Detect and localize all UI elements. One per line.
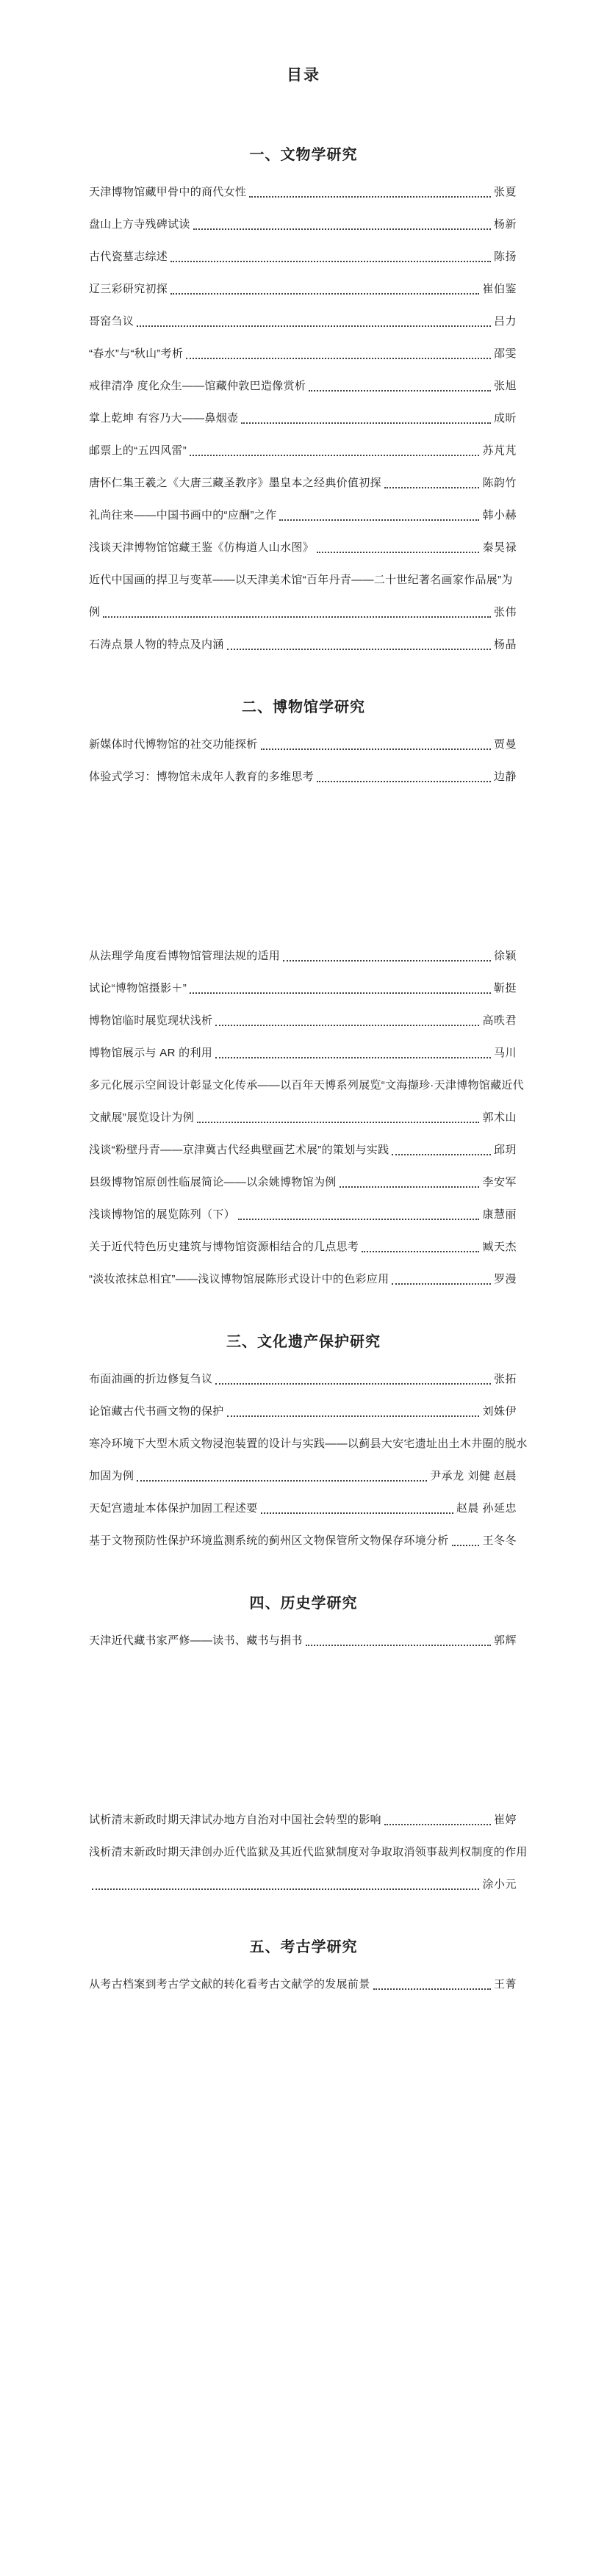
toc-entry: 博物馆展示与 AR 的利用马川 [89,1037,518,1069]
toc-entry: 礼尚往来——中国书画中的“应酬”之作韩小赫 [89,499,518,532]
entry-author: 陈扬 [494,241,518,273]
entry-title: 试论“博物馆摄影＋” [89,973,187,1005]
dot-leader [190,455,479,456]
dot-leader [317,781,491,782]
dot-leader [170,261,491,262]
toc-entry: 布面油画的折边修复刍议张拓 [89,1363,518,1396]
entry-author: 崔婷 [494,1804,518,1836]
toc-entry: 关于近代特色历史建筑与博物馆资源相结合的几点思考臧天杰 [89,1231,518,1263]
toc-entry: 县级博物馆原创性临展简论——以余姚博物馆为例李安军 [89,1166,518,1199]
entry-title: 多元化展示空间设计彰显文化传承——以百年天博系列展览“文海撷珍·天津博物馆藏近代 [89,1069,524,1102]
entry-author: 苏芃芃 [482,435,518,467]
entry-author: 边静 [494,761,518,793]
dot-leader [186,358,491,359]
entry-title: 博物馆临时展览现状浅析 [89,1005,212,1037]
toc-entry: 例张伟 [89,596,518,629]
entry-author: 高昳君 [482,1005,518,1037]
entry-author: 张夏 [494,176,518,209]
entry-author: 徐颖 [494,940,518,973]
toc-entry: 古代瓷墓志综述陈扬 [89,241,518,273]
toc-entry: 试析清末新政时期天津试办地方自治对中国社会转型的影响崔婷 [89,1804,518,1836]
toc-entry: 哥窑刍议吕力 [89,306,518,338]
entry-title: 古代瓷墓志综述 [89,241,168,273]
dot-leader [279,519,479,521]
dot-leader [197,1122,479,1123]
dot-leader [452,1545,480,1546]
toc-entry: 加固为例尹承龙 刘健 赵晨 [89,1460,518,1493]
entry-title: 天津博物馆藏甲骨中的商代女性 [89,176,246,209]
toc-entry: 从考古档案到考古学文献的转化看考古文献学的发展前景王菁 [89,1969,518,2001]
toc-entry: 掌上乾坤 有容乃大——鼻烟壶成昕 [89,403,518,435]
toc-entry: 石涛点景人物的特点及内涵杨晶 [89,629,518,661]
entry-title: 试析清末新政时期天津试办地方自治对中国社会转型的影响 [89,1804,381,1836]
entry-author: 尹承龙 刘健 赵晨 [430,1460,518,1493]
toc-section: 三、文化遗产保护研究布面油画的折边修复刍议张拓论馆藏古代书画文物的保护刘姝伊寒冷… [89,1331,518,1557]
entry-title: 石涛点景人物的特点及内涵 [89,629,224,661]
dot-leader [283,960,491,962]
section-heading: 一、文物学研究 [89,144,518,166]
entry-title: 戒律清净 度化众生——馆藏仲敦巴造像赏析 [89,370,306,403]
entry-author: 杨晶 [494,629,518,661]
toc-entry: 天津近代藏书家严修——读书、藏书与捐书郭辉 [89,1625,518,1657]
entry-title: 加固为例 [89,1460,134,1493]
entry-author: 康慧丽 [482,1199,518,1231]
entry-title: 浅谈天津博物馆馆藏王鉴《仿梅道人山水图》 [89,532,314,564]
dot-leader [306,1645,491,1646]
entry-author: 邵雯 [494,338,518,370]
entry-author: 韩小赫 [482,499,518,532]
section-heading: 二、博物馆学研究 [89,696,518,718]
entry-title: 掌上乾坤 有容乃大——鼻烟壶 [89,403,238,435]
entry-title: 关于近代特色历史建筑与博物馆资源相结合的几点思考 [89,1231,359,1263]
toc-entry: “春水”与“秋山”考析邵雯 [89,338,518,370]
entry-title: 近代中国画的捍卫与变革——以天津美术馆“百年丹青——二十世纪著名画家作品展”为 [89,564,513,596]
entry-title: 浅谈博物馆的展览陈列（下） [89,1199,235,1231]
toc-page: 目录 一、文物学研究天津博物馆藏甲骨中的商代女性张夏盘山上方寺残碑试读杨新古代瓷… [0,0,607,2576]
entry-title: 例 [89,596,100,629]
dot-leader [261,748,491,750]
entry-title: 文献展”展览设计为例 [89,1102,194,1134]
page-title: 目录 [89,65,518,87]
entry-author: 张拓 [494,1363,518,1396]
section-heading: 三、文化遗产保护研究 [89,1331,518,1353]
toc-entry: 辽三彩研究初探崔伯鉴 [89,273,518,306]
entry-title: 新媒体时代博物馆的社交功能探析 [89,729,258,761]
entry-author: 郭辉 [494,1625,518,1657]
entry-author: 李安军 [482,1166,518,1199]
entry-author: 贾曼 [494,729,518,761]
entry-author: 张旭 [494,370,518,403]
toc-entry: 近代中国画的捍卫与变革——以天津美术馆“百年丹青——二十世纪著名画家作品展”为 [89,564,518,596]
entry-author: 陈韵竹 [482,467,518,499]
entry-author: 郭术山 [482,1102,518,1134]
dot-leader [170,293,479,295]
entry-author: 赵晨 孙延忠 [456,1493,518,1525]
toc-entry: 戒律清净 度化众生——馆藏仲敦巴造像赏析张旭 [89,370,518,403]
toc-entry: 基于文物预防性保护环境监测系统的蓟州区文物保管所文物保存环境分析王冬冬 [89,1525,518,1557]
dot-leader [392,1154,491,1155]
entry-author: 马川 [494,1037,518,1069]
dot-leader [215,1383,491,1385]
entry-title: 从考古档案到考古学文献的转化看考古文献学的发展前景 [89,1969,370,2001]
entry-title: 县级博物馆原创性临展简论——以余姚博物馆为例 [89,1166,337,1199]
dot-leader [190,992,491,994]
entry-title: 天妃宫遗址本体保护加固工程述要 [89,1493,258,1525]
entry-title: 天津近代藏书家严修——读书、藏书与捐书 [89,1625,303,1657]
toc-entry: 寒冷环境下大型木质文物浸泡装置的设计与实践——以蓟县大安宅遗址出土木井圈的脱水 [89,1428,518,1460]
dot-leader [137,325,491,327]
toc-entry: 浅析清末新政时期天津创办近代监狱及其近代监狱制度对争取取消领事裁判权制度的作用 [89,1836,518,1869]
entry-title: 浅谈“粉壁丹青——京津冀古代经典壁画艺术展”的策划与实践 [89,1134,389,1166]
toc-entry: 博物馆临时展览现状浅析高昳君 [89,1005,518,1037]
entry-title: 邮票上的“五四风雷” [89,435,187,467]
entry-title: 哥窑刍议 [89,306,134,338]
dot-leader [227,649,491,650]
entry-title: 盘山上方寺残碑试读 [89,209,190,241]
entry-title: 辽三彩研究初探 [89,273,168,306]
toc-sections: 一、文物学研究天津博物馆藏甲骨中的商代女性张夏盘山上方寺残碑试读杨新古代瓷墓志综… [89,109,518,2001]
dot-leader [373,1988,491,1990]
entry-author: 臧天杰 [482,1231,518,1263]
entry-author: 杨新 [494,209,518,241]
entry-author: 张伟 [494,596,518,629]
toc-section: 四、历史学研究天津近代藏书家严修——读书、藏书与捐书郭辉试析清末新政时期天津试办… [89,1592,518,1901]
dot-leader [215,1057,491,1058]
entry-author: 王菁 [494,1969,518,2001]
dot-leader [384,487,480,488]
entry-author: 吕力 [494,306,518,338]
toc-entry: 文献展”展览设计为例郭术山 [89,1102,518,1134]
toc-entry: 从法理学角度看博物馆管理法规的适用徐颖 [89,940,518,973]
entry-title: 浅析清末新政时期天津创办近代监狱及其近代监狱制度对争取取消领事裁判权制度的作用 [89,1836,528,1869]
dot-leader [392,1283,491,1285]
entry-title: 基于文物预防性保护环境监测系统的蓟州区文物保管所文物保存环境分析 [89,1525,449,1557]
toc-entry: 天妃宫遗址本体保护加固工程述要赵晨 孙延忠 [89,1493,518,1525]
dot-leader [309,390,491,392]
entry-title: “春水”与“秋山”考析 [89,338,183,370]
entry-author: 王冬冬 [482,1525,518,1557]
dot-leader [362,1251,479,1252]
entry-author: 成昕 [494,403,518,435]
entry-author: 靳挺 [494,973,518,1005]
dot-leader [241,422,491,424]
toc-entry: 唐怀仁集王羲之《大唐三藏圣教序》墨皇本之经典价值初探陈韵竹 [89,467,518,499]
entry-author: 秦昊禄 [482,532,518,564]
toc-entry: 盘山上方寺残碑试读杨新 [89,209,518,241]
toc-entry: 浅谈天津博物馆馆藏王鉴《仿梅道人山水图》秦昊禄 [89,532,518,564]
dot-leader [103,616,491,618]
toc-entry: 试论“博物馆摄影＋”靳挺 [89,973,518,1005]
entry-author: 刘姝伊 [482,1396,518,1428]
dot-leader [340,1186,480,1188]
dot-leader [384,1824,491,1825]
toc-entry: 邮票上的“五四风雷”苏芃芃 [89,435,518,467]
dot-leader [92,1888,479,1890]
dot-leader [317,552,479,553]
entry-author: 罗漫 [494,1263,518,1296]
entry-title: 从法理学角度看博物馆管理法规的适用 [89,940,280,973]
toc-entry: 浅谈“粉壁丹青——京津冀古代经典壁画艺术展”的策划与实践邱玥 [89,1134,518,1166]
dot-leader [238,1219,480,1220]
toc-entry: 涂小元 [89,1869,518,1901]
toc-section: 五、考古学研究从考古档案到考古学文献的转化看考古文献学的发展前景王菁 [89,1936,518,2001]
toc-section: 一、文物学研究天津博物馆藏甲骨中的商代女性张夏盘山上方寺残碑试读杨新古代瓷墓志综… [89,144,518,661]
entry-title: 礼尚往来——中国书画中的“应酬”之作 [89,499,276,532]
toc-entry: “淡妆浓抹总相宜”——浅议博物馆展陈形式设计中的色彩应用罗漫 [89,1263,518,1296]
entry-title: 体验式学习：博物馆未成年人教育的多维思考 [89,761,314,793]
dot-leader [137,1480,427,1482]
page-break-gap [89,1657,518,1804]
section-heading: 五、考古学研究 [89,1936,518,1958]
toc-entry: 体验式学习：博物馆未成年人教育的多维思考边静 [89,761,518,793]
entry-title: 寒冷环境下大型木质文物浸泡装置的设计与实践——以蓟县大安宅遗址出土木井圈的脱水 [89,1428,528,1460]
entry-title: 论馆藏古代书画文物的保护 [89,1396,224,1428]
entry-title: 唐怀仁集王羲之《大唐三藏圣教序》墨皇本之经典价值初探 [89,467,381,499]
section-heading: 四、历史学研究 [89,1592,518,1614]
toc-entry: 浅谈博物馆的展览陈列（下）康慧丽 [89,1199,518,1231]
toc-entry: 论馆藏古代书画文物的保护刘姝伊 [89,1396,518,1428]
entry-title: “淡妆浓抹总相宜”——浅议博物馆展陈形式设计中的色彩应用 [89,1263,389,1296]
toc-entry: 天津博物馆藏甲骨中的商代女性张夏 [89,176,518,209]
toc-entry: 多元化展示空间设计彰显文化传承——以百年天博系列展览“文海撷珍·天津博物馆藏近代 [89,1069,518,1102]
entry-author: 涂小元 [482,1869,518,1901]
page-break-gap [89,793,518,940]
entry-title: 博物馆展示与 AR 的利用 [89,1037,212,1069]
entry-author: 崔伯鉴 [482,273,518,306]
dot-leader [193,228,491,230]
toc-entry: 新媒体时代博物馆的社交功能探析贾曼 [89,729,518,761]
dot-leader [261,1512,453,1514]
dot-leader [215,1025,479,1026]
dot-leader [249,196,491,198]
toc-section: 二、博物馆学研究新媒体时代博物馆的社交功能探析贾曼体验式学习：博物馆未成年人教育… [89,696,518,1296]
entry-title: 布面油画的折边修复刍议 [89,1363,212,1396]
entry-author: 邱玥 [494,1134,518,1166]
dot-leader [227,1415,480,1417]
